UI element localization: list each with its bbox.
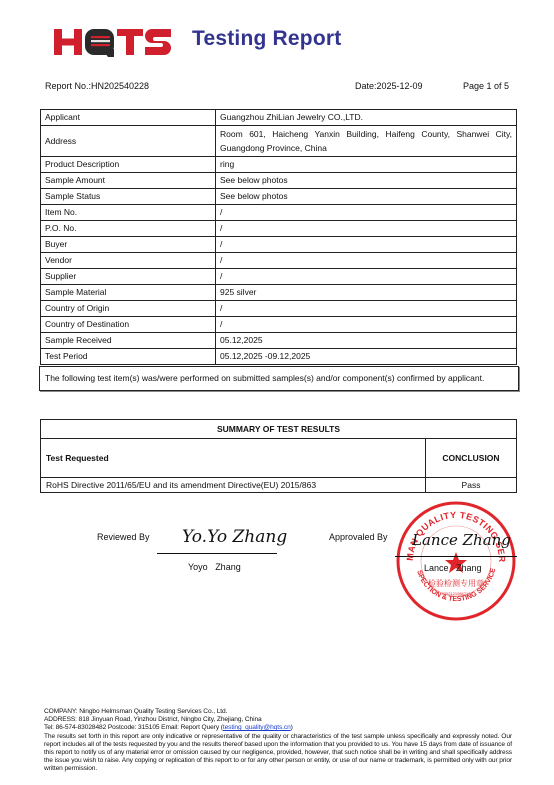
info-value: Guangzhou ZhiLian Jewelry CO.,LTD. bbox=[216, 110, 517, 126]
info-value: ring bbox=[216, 157, 517, 173]
info-label: Supplier bbox=[41, 269, 216, 285]
info-label: Buyer bbox=[41, 237, 216, 253]
info-label: Sample Material bbox=[41, 285, 216, 301]
col-conclusion: CONCLUSION bbox=[426, 439, 517, 478]
info-row: Sample Received05.12,2025 bbox=[41, 333, 517, 349]
footer-contact: Tel: 86-574-83028482 Postcode: 315105 Em… bbox=[44, 724, 512, 732]
info-label: Sample Amount bbox=[41, 173, 216, 189]
page-indicator: Page 1 of 5 bbox=[463, 81, 509, 91]
approver-signature-line bbox=[395, 556, 517, 557]
reviewed-by-label: Reviewed By bbox=[97, 532, 150, 542]
info-value: / bbox=[216, 301, 517, 317]
report-title: Testing Report bbox=[192, 27, 341, 51]
info-value: / bbox=[216, 317, 517, 333]
info-row: ApplicantGuangzhou ZhiLian Jewelry CO.,L… bbox=[41, 110, 517, 126]
info-label: Country of Destination bbox=[41, 317, 216, 333]
info-row: Sample Material925 silver bbox=[41, 285, 517, 301]
summary-row: RoHS Directive 2011/65/EU and its amendm… bbox=[41, 478, 517, 493]
info-label: Sample Status bbox=[41, 189, 216, 205]
stamp-number: 3302121084719 bbox=[442, 591, 472, 596]
info-row: Sample AmountSee below photos bbox=[41, 173, 517, 189]
info-value: See below photos bbox=[216, 189, 517, 205]
info-row: Item No./ bbox=[41, 205, 517, 221]
info-value: / bbox=[216, 269, 517, 285]
approved-by-label: Approvaled By bbox=[329, 532, 388, 542]
footer-address: ADDRESS: 818 Jinyuan Road, Yinzhou Distr… bbox=[44, 716, 512, 724]
test-name: RoHS Directive 2011/65/EU and its amendm… bbox=[41, 478, 426, 493]
info-label: P.O. No. bbox=[41, 221, 216, 237]
reviewer-name: Yoyo Zhang bbox=[188, 562, 241, 572]
footer-company: COMPANY: Ningbo Helmsman Quality Testing… bbox=[44, 708, 512, 716]
stamp-center-text: 检验检测专用章 bbox=[428, 578, 484, 588]
info-row: Product Descriptionring bbox=[41, 157, 517, 173]
info-label: Address bbox=[41, 126, 216, 157]
footer-disclaimer: The results set forth in this report are… bbox=[44, 733, 512, 774]
info-row: Sample StatusSee below photos bbox=[41, 189, 517, 205]
reviewer-signature: Yo.Yo Zhang bbox=[182, 527, 287, 547]
info-row: Country of Destination/ bbox=[41, 317, 517, 333]
info-label: Test Period bbox=[41, 349, 216, 365]
footer: COMPANY: Ningbo Helmsman Quality Testing… bbox=[44, 708, 512, 774]
info-value: 05.12,2025 -09.12,2025 bbox=[216, 349, 517, 365]
info-label: Item No. bbox=[41, 205, 216, 221]
approver-name: Lance Zhang bbox=[424, 563, 482, 573]
approver-signature: Lance Zhang bbox=[412, 531, 511, 549]
report-number: Report No.:HN202540228 bbox=[45, 81, 149, 91]
info-label: Vendor bbox=[41, 253, 216, 269]
info-value: / bbox=[216, 237, 517, 253]
info-value: See below photos bbox=[216, 173, 517, 189]
test-conclusion: Pass bbox=[426, 478, 517, 493]
reviewer-signature-line bbox=[157, 553, 277, 554]
test-statement: The following test item(s) was/were perf… bbox=[39, 366, 519, 391]
info-label: Product Description bbox=[41, 157, 216, 173]
hqts-logo bbox=[54, 27, 172, 57]
info-label: Sample Received bbox=[41, 333, 216, 349]
info-label: Country of Origin bbox=[41, 301, 216, 317]
info-value: / bbox=[216, 253, 517, 269]
info-row: AddressRoom 601, Haicheng Yanxin Buildin… bbox=[41, 126, 517, 157]
info-row: Buyer/ bbox=[41, 237, 517, 253]
col-test-requested: Test Requested bbox=[41, 439, 426, 478]
info-value: / bbox=[216, 221, 517, 237]
sample-info-table: ApplicantGuangzhou ZhiLian Jewelry CO.,L… bbox=[40, 109, 517, 365]
info-value: Room 601, Haicheng Yanxin Building, Haif… bbox=[216, 126, 517, 157]
info-row: Supplier/ bbox=[41, 269, 517, 285]
info-row: Test Period05.12,2025 -09.12,2025 bbox=[41, 349, 517, 365]
info-label: Applicant bbox=[41, 110, 216, 126]
email-link[interactable]: testing_quality@hqts.cn bbox=[223, 724, 291, 731]
info-value: 925 silver bbox=[216, 285, 517, 301]
info-row: Country of Origin/ bbox=[41, 301, 517, 317]
company-stamp: NINGBO HELMSMAN QUALITY TESTING SERVICES… bbox=[395, 500, 517, 622]
report-date: Date:2025-12-09 bbox=[355, 81, 423, 91]
summary-table: SUMMARY OF TEST RESULTS Test Requested C… bbox=[40, 419, 517, 493]
summary-title: SUMMARY OF TEST RESULTS bbox=[41, 420, 517, 439]
info-value: 05.12,2025 bbox=[216, 333, 517, 349]
info-row: P.O. No./ bbox=[41, 221, 517, 237]
info-row: Vendor/ bbox=[41, 253, 517, 269]
info-value: / bbox=[216, 205, 517, 221]
